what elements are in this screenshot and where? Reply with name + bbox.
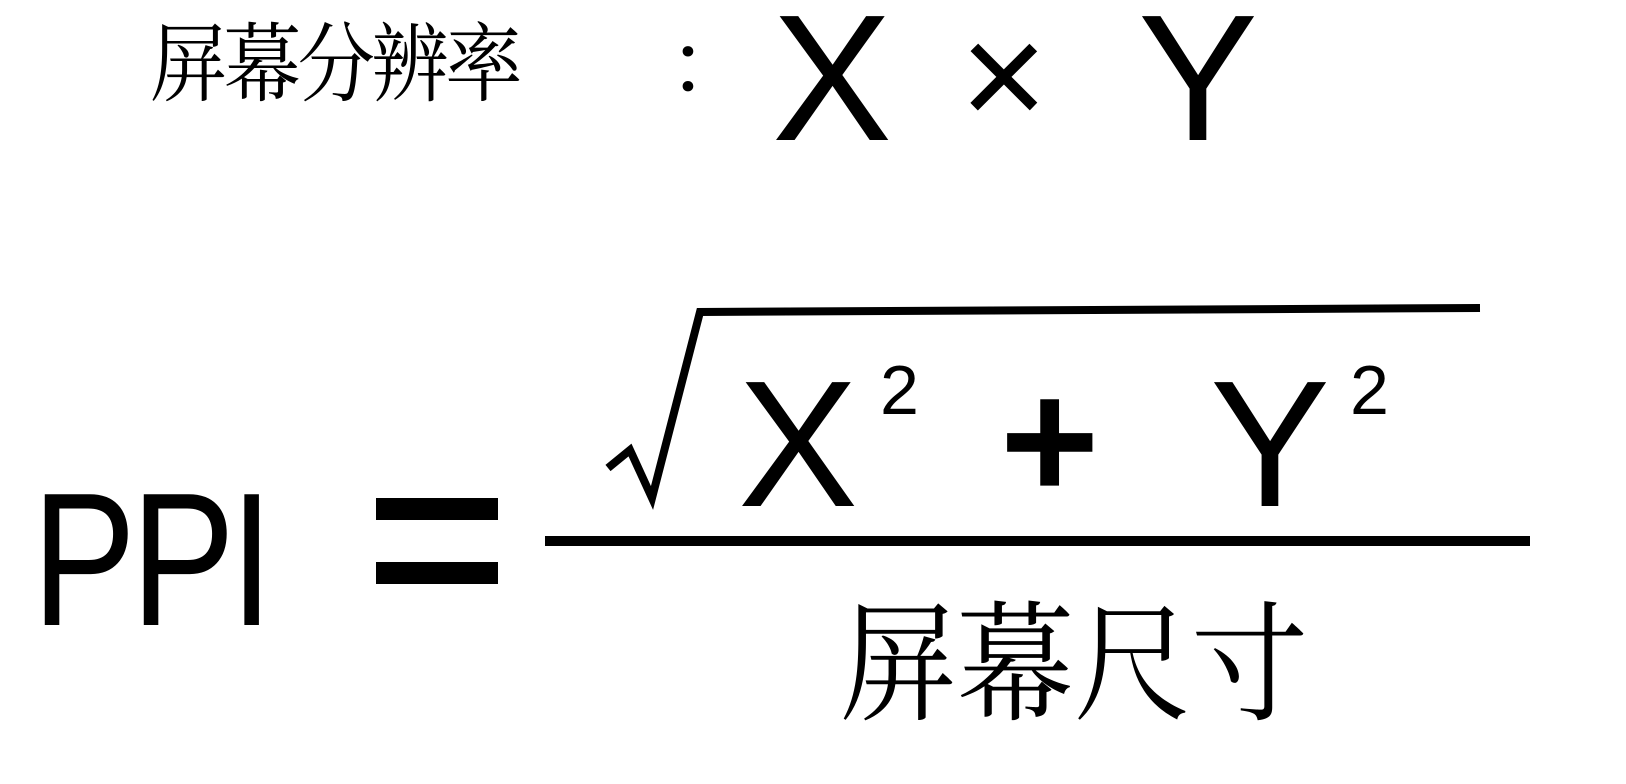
equals-sign [376, 498, 498, 584]
exponent-x: 2 [880, 355, 919, 425]
times-symbol: × [960, 10, 1048, 140]
resolution-label: 屏幕分辨率 [150, 10, 519, 120]
resolution-colon: ： [668, 10, 754, 120]
plus-sign: + [1000, 356, 1099, 526]
numerator-x: X [738, 360, 858, 530]
numerator-y: Y [1210, 360, 1330, 530]
resolution-x: X [772, 0, 892, 164]
ppi-label: PPI [32, 460, 268, 660]
resolution-y: Y [1138, 0, 1258, 164]
exponent-y: 2 [1350, 355, 1389, 425]
denominator-screen-size: 屏幕尺寸 [840, 590, 1308, 740]
fraction-line [545, 536, 1530, 546]
